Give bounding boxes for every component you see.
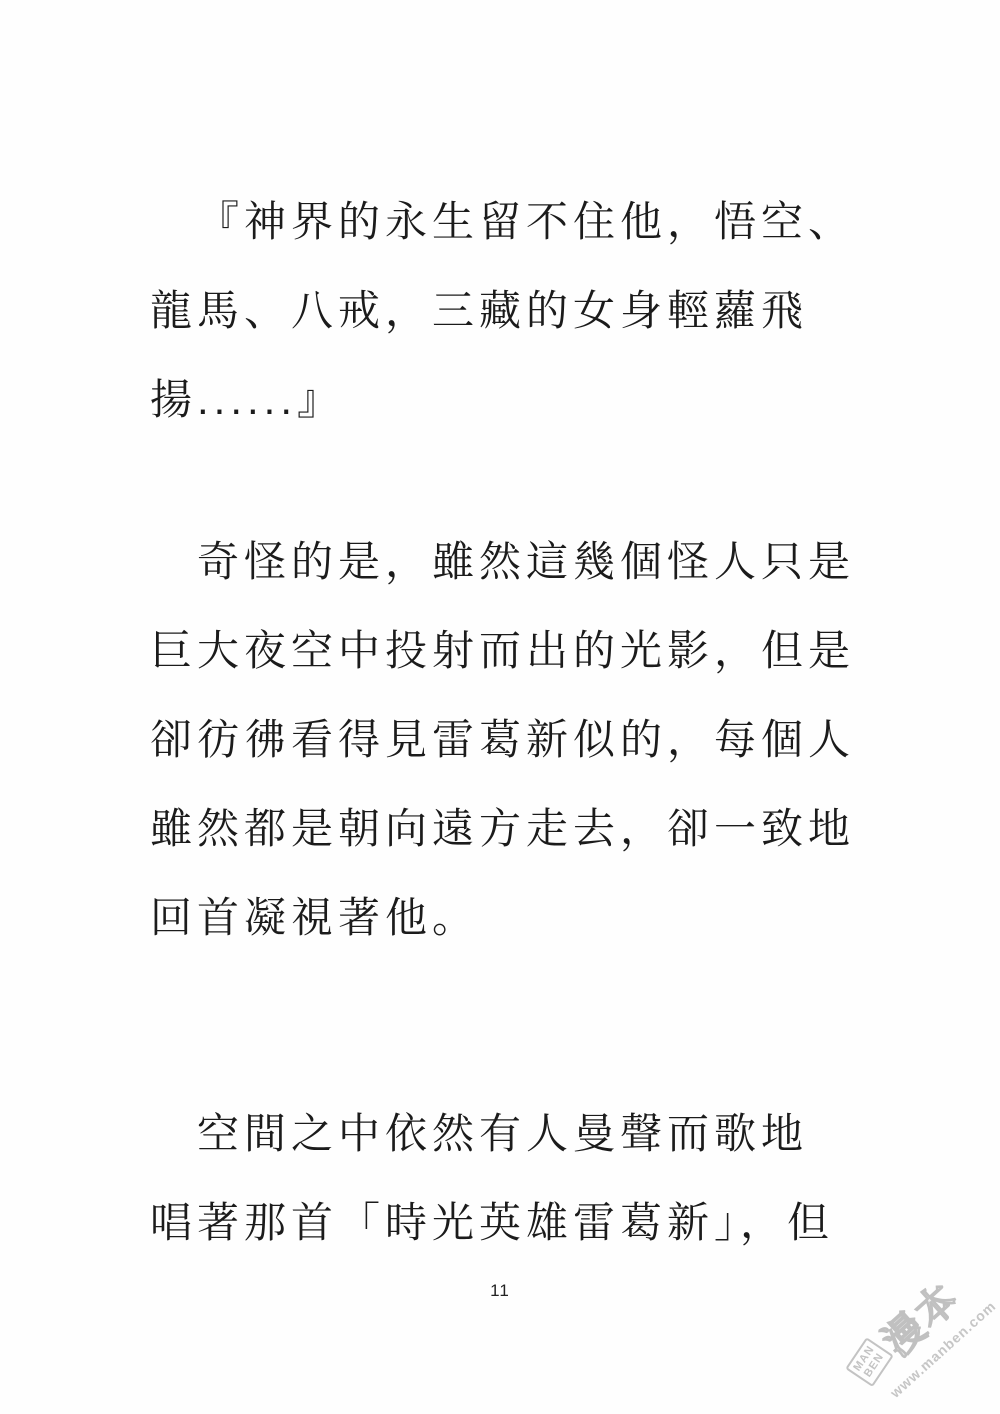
text-line: 龍馬、八戒，三藏的女身輕蘿飛 xyxy=(150,266,860,355)
text-line: 『神界的永生留不住他，悟空、 xyxy=(150,177,860,266)
manben-watermark: MAN BEN 漫本 www.manben.com xyxy=(836,1230,1000,1410)
text-line: 唱著那首「時光英雄雷葛新」，但 xyxy=(150,1178,860,1267)
manben-logo-icon: MAN BEN xyxy=(845,1337,894,1387)
logo-text-ben: BEN xyxy=(862,1350,887,1380)
page-number: 11 xyxy=(0,1281,1000,1301)
paragraph: 奇怪的是，雖然這幾個怪人只是 巨大夜空中投射而出的光影，但是 卻彷彿看得見雷葛新… xyxy=(150,517,860,962)
paragraph: 空間之中依然有人曼聲而歌地 唱著那首「時光英雄雷葛新」，但 xyxy=(150,1089,860,1267)
text-line: 空間之中依然有人曼聲而歌地 xyxy=(150,1089,860,1178)
watermark-top-row: MAN BEN 漫本 xyxy=(836,1230,1000,1396)
body-text: 『神界的永生留不住他，悟空、 龍馬、八戒，三藏的女身輕蘿飛 揚......』 奇… xyxy=(150,0,860,1267)
text-line: 巨大夜空中投射而出的光影，但是 xyxy=(150,606,860,695)
book-page: 『神界的永生留不住他，悟空、 龍馬、八戒，三藏的女身輕蘿飛 揚......』 奇… xyxy=(0,0,1000,1414)
text-line: 雖然都是朝向遠方走去，卻一致地 xyxy=(150,784,860,873)
text-line: 回首凝視著他。 xyxy=(150,873,860,962)
paragraph: 『神界的永生留不住他，悟空、 龍馬、八戒，三藏的女身輕蘿飛 揚......』 xyxy=(150,177,860,444)
text-line: 揚......』 xyxy=(150,355,860,444)
text-line: 奇怪的是，雖然這幾個怪人只是 xyxy=(150,517,860,606)
text-line: 卻彷彿看得見雷葛新似的，每個人 xyxy=(150,695,860,784)
logo-text-man: MAN xyxy=(852,1344,877,1374)
